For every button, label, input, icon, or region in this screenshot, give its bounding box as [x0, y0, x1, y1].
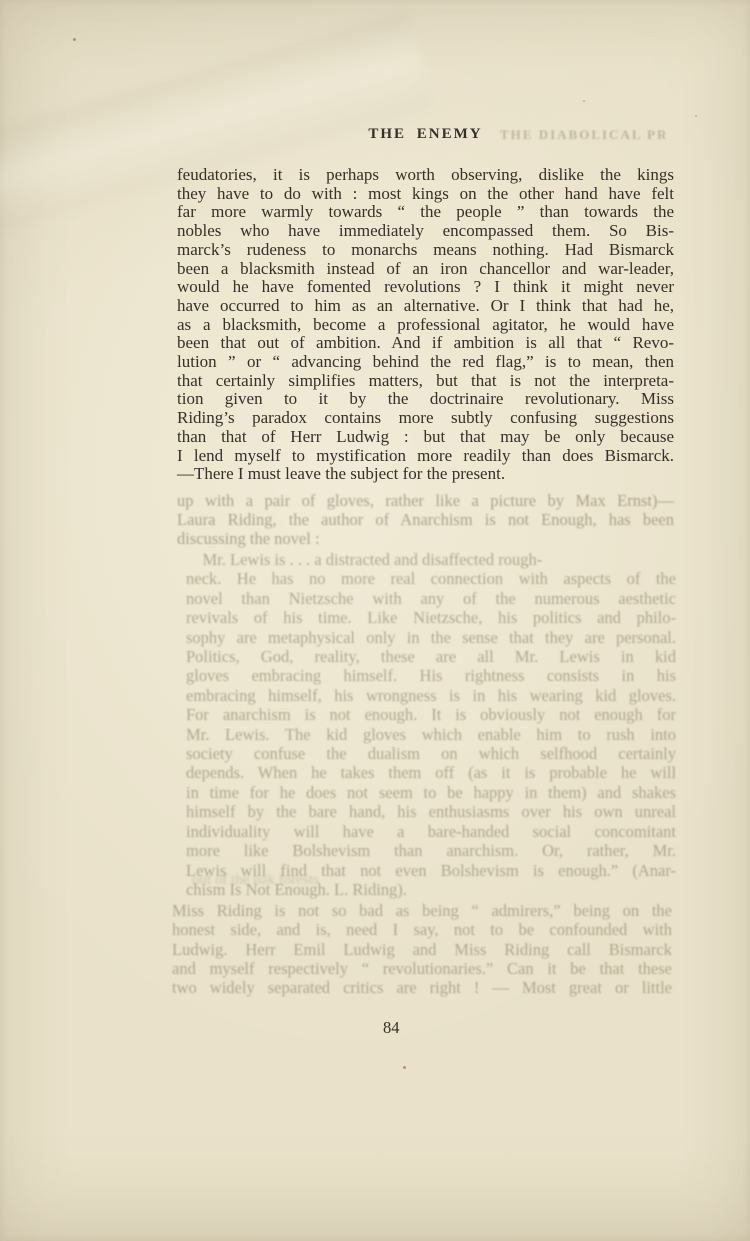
paper-speck	[403, 1066, 406, 1069]
ghost-text-line: Ludwig. Herr Emil Ludwig and Miss Riding…	[172, 940, 672, 959]
text-line: as a blacksmith, become a professional a…	[177, 316, 674, 335]
ghost-text-line: himself by the bare hand, his enthusiasm…	[186, 802, 676, 821]
ghost-text-line: revivals of his time. Like Nietzsche, hi…	[186, 608, 676, 627]
text-line: tion given to it by the doctrinaire revo…	[177, 390, 674, 409]
ghost-text-line: depends. When he takes them off (as it i…	[186, 763, 676, 782]
ghost-stray-line: out of the oak forests	[192, 872, 319, 889]
ghost-text-line: in time for he does not seem to be happy…	[186, 783, 676, 802]
ghost-text-block-a: up with a pair of gloves, rather like a …	[177, 491, 674, 548]
main-text-block: feudatories, it is perhaps worth observi…	[177, 166, 674, 484]
text-line: they have to do with : most kings on the…	[177, 185, 674, 204]
text-line: far more warmly towards “ the people ” t…	[177, 203, 674, 222]
ghost-text-line: embracing himself, his wrongness is in h…	[186, 686, 676, 705]
ghost-text-line: and myself respectively “ revolutionarie…	[172, 959, 672, 978]
ghost-text-line: more like Bolshevism than anarchism. Or,…	[186, 841, 676, 860]
text-line: feudatories, it is perhaps worth observi…	[177, 166, 674, 185]
ghost-text-line: For anarchism is not enough. It is obvio…	[186, 705, 676, 724]
ghost-text-line: Miss Riding is not so bad as being “ adm…	[172, 901, 672, 920]
paper-speck	[73, 38, 76, 41]
ghost-text-line: discussing the novel :	[177, 529, 674, 548]
running-head: THE ENEMY	[177, 126, 674, 143]
ghost-text-line: society confuse the dualism on which sel…	[186, 744, 676, 763]
scanned-book-page: THE DIABOLICAL PRINCIPLE THE ENEMY feuda…	[0, 0, 750, 1241]
page-number: 84	[383, 1018, 400, 1038]
ghost-text-line: Mr. Lewis is . . . a distracted and disa…	[186, 550, 676, 569]
ghost-text-line: honest side, and is, need I say, not to …	[172, 920, 672, 939]
ghost-text-line: sophy are metaphysical only in the sense…	[186, 628, 676, 647]
text-line: than that of Herr Ludwig : but that may …	[177, 428, 674, 447]
text-line: Riding’s paradox contains more subtly co…	[177, 409, 674, 428]
text-line: —There I must leave the subject for the …	[177, 465, 674, 484]
ghost-text-line: novel than Nietzsche with any of the num…	[186, 589, 676, 608]
text-line: lution ” or “ advancing behind the red f…	[177, 353, 674, 372]
ghost-text-line: two widely separated critics are right !…	[172, 978, 672, 997]
text-line: been a blacksmith instead of an iron cha…	[177, 260, 674, 279]
ghost-text-block-b: Mr. Lewis is . . . a distracted and disa…	[186, 550, 676, 899]
ghost-text-line: gloves embracing himself. His rightness …	[186, 666, 676, 685]
text-line: would he have fomented revolutions ? I t…	[177, 278, 674, 297]
ghost-text-line: neck. He has no more real connection wit…	[186, 569, 676, 588]
ghost-text-line: Laura Riding, the author of Anarchism is…	[177, 510, 674, 529]
text-line: been that out of ambition. And if ambiti…	[177, 334, 674, 353]
ghost-text-line: Mr. Lewis. The kid gloves which enable h…	[186, 725, 676, 744]
ghost-text-line: Politics, God, reality, these are all Mr…	[186, 647, 676, 666]
paper-speck	[695, 115, 697, 117]
text-line: have occurred to him as an alternative. …	[177, 297, 674, 316]
ghost-text-line: individuality will have a bare-handed so…	[186, 822, 676, 841]
text-line: marck’s rudeness to monarchs means nothi…	[177, 241, 674, 260]
text-line: nobles who have immediately encompassed …	[177, 222, 674, 241]
text-line: I lend myself to mystification more read…	[177, 447, 674, 466]
text-line: that certainly simplifies matters, but t…	[177, 372, 674, 391]
paper-speck	[583, 100, 585, 102]
ghost-text-block-c: Miss Riding is not so bad as being “ adm…	[172, 901, 672, 997]
ghost-text-line: up with a pair of gloves, rather like a …	[177, 491, 674, 510]
